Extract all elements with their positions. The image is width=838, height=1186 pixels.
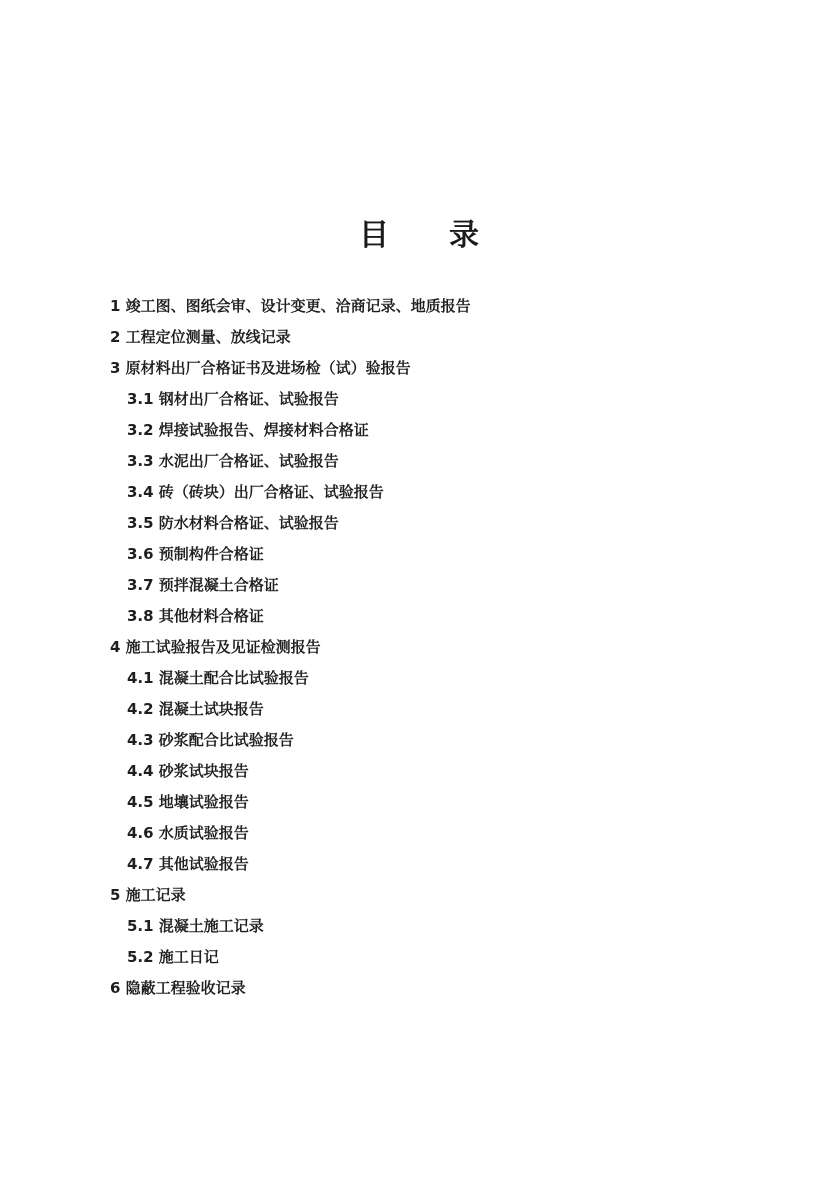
toc-item-3-2: 3.2 焊接试验报告、焊接材料合格证 bbox=[0, 415, 838, 446]
toc-item-3-7: 3.7 预拌混凝土合格证 bbox=[0, 570, 838, 601]
toc-item-3-8: 3.8 其他材料合格证 bbox=[0, 601, 838, 632]
toc-item-4-1: 4.1 混凝土配合比试验报告 bbox=[0, 663, 838, 694]
toc-item-4-4: 4.4 砂浆试块报告 bbox=[0, 756, 838, 787]
toc-item-3-6: 3.6 预制构件合格证 bbox=[0, 539, 838, 570]
toc-item-4-7: 4.7 其他试验报告 bbox=[0, 849, 838, 880]
toc-item-3-5: 3.5 防水材料合格证、试验报告 bbox=[0, 508, 838, 539]
toc-item-5-1: 5.1 混凝土施工记录 bbox=[0, 911, 838, 942]
toc-item-4-5: 4.5 地壤试验报告 bbox=[0, 787, 838, 818]
toc-list: 1 竣工图、图纸会审、设计变更、洽商记录、地质报告 2 工程定位测量、放线记录 … bbox=[0, 291, 838, 1004]
document-page: 目 录 1 竣工图、图纸会审、设计变更、洽商记录、地质报告 2 工程定位测量、放… bbox=[0, 0, 838, 1186]
toc-item-1: 1 竣工图、图纸会审、设计变更、洽商记录、地质报告 bbox=[0, 291, 838, 322]
toc-item-5: 5 施工记录 bbox=[0, 880, 838, 911]
toc-item-4: 4 施工试验报告及见证检测报告 bbox=[0, 632, 838, 663]
toc-item-3-4: 3.4 砖（砖块）出厂合格证、试验报告 bbox=[0, 477, 838, 508]
page-title: 目 录 bbox=[0, 210, 838, 254]
toc-item-5-2: 5.2 施工日记 bbox=[0, 942, 838, 973]
toc-item-4-6: 4.6 水质试验报告 bbox=[0, 818, 838, 849]
toc-item-6: 6 隐蔽工程验收记录 bbox=[0, 973, 838, 1004]
toc-item-4-3: 4.3 砂浆配合比试验报告 bbox=[0, 725, 838, 756]
toc-item-4-2: 4.2 混凝土试块报告 bbox=[0, 694, 838, 725]
toc-item-3: 3 原材料出厂合格证书及进场检（试）验报告 bbox=[0, 353, 838, 384]
toc-item-3-3: 3.3 水泥出厂合格证、试验报告 bbox=[0, 446, 838, 477]
toc-item-3-1: 3.1 钢材出厂合格证、试验报告 bbox=[0, 384, 838, 415]
toc-item-2: 2 工程定位测量、放线记录 bbox=[0, 322, 838, 353]
